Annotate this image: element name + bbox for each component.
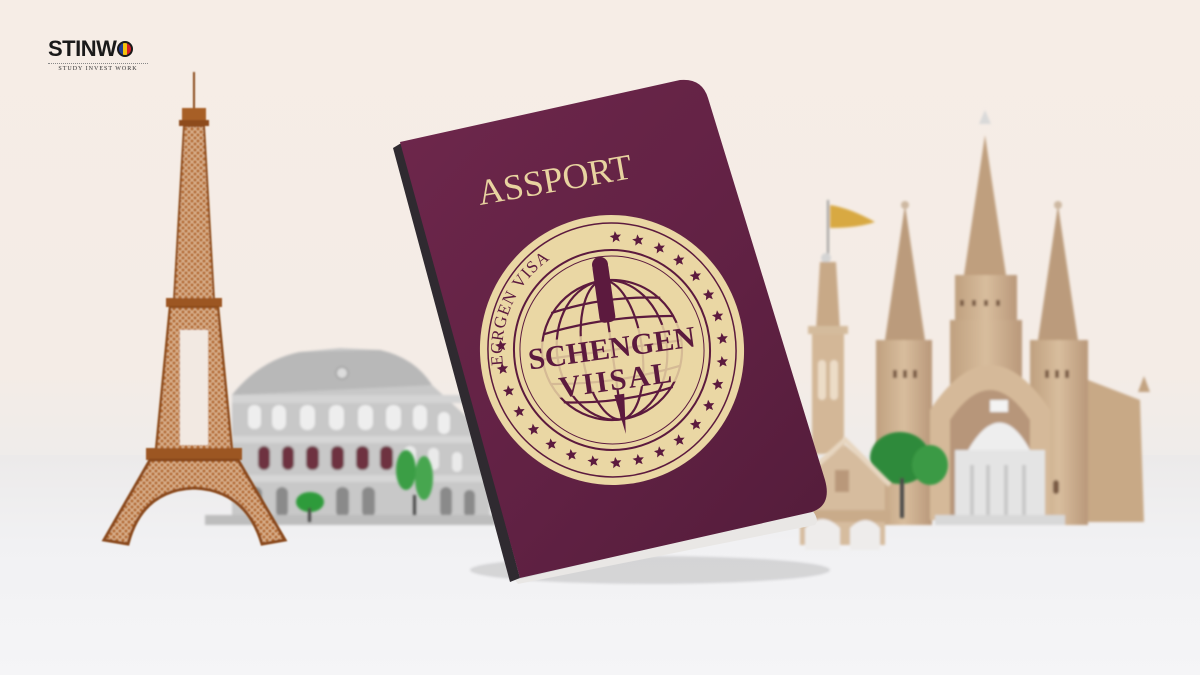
flag-tower-model [808, 200, 875, 454]
